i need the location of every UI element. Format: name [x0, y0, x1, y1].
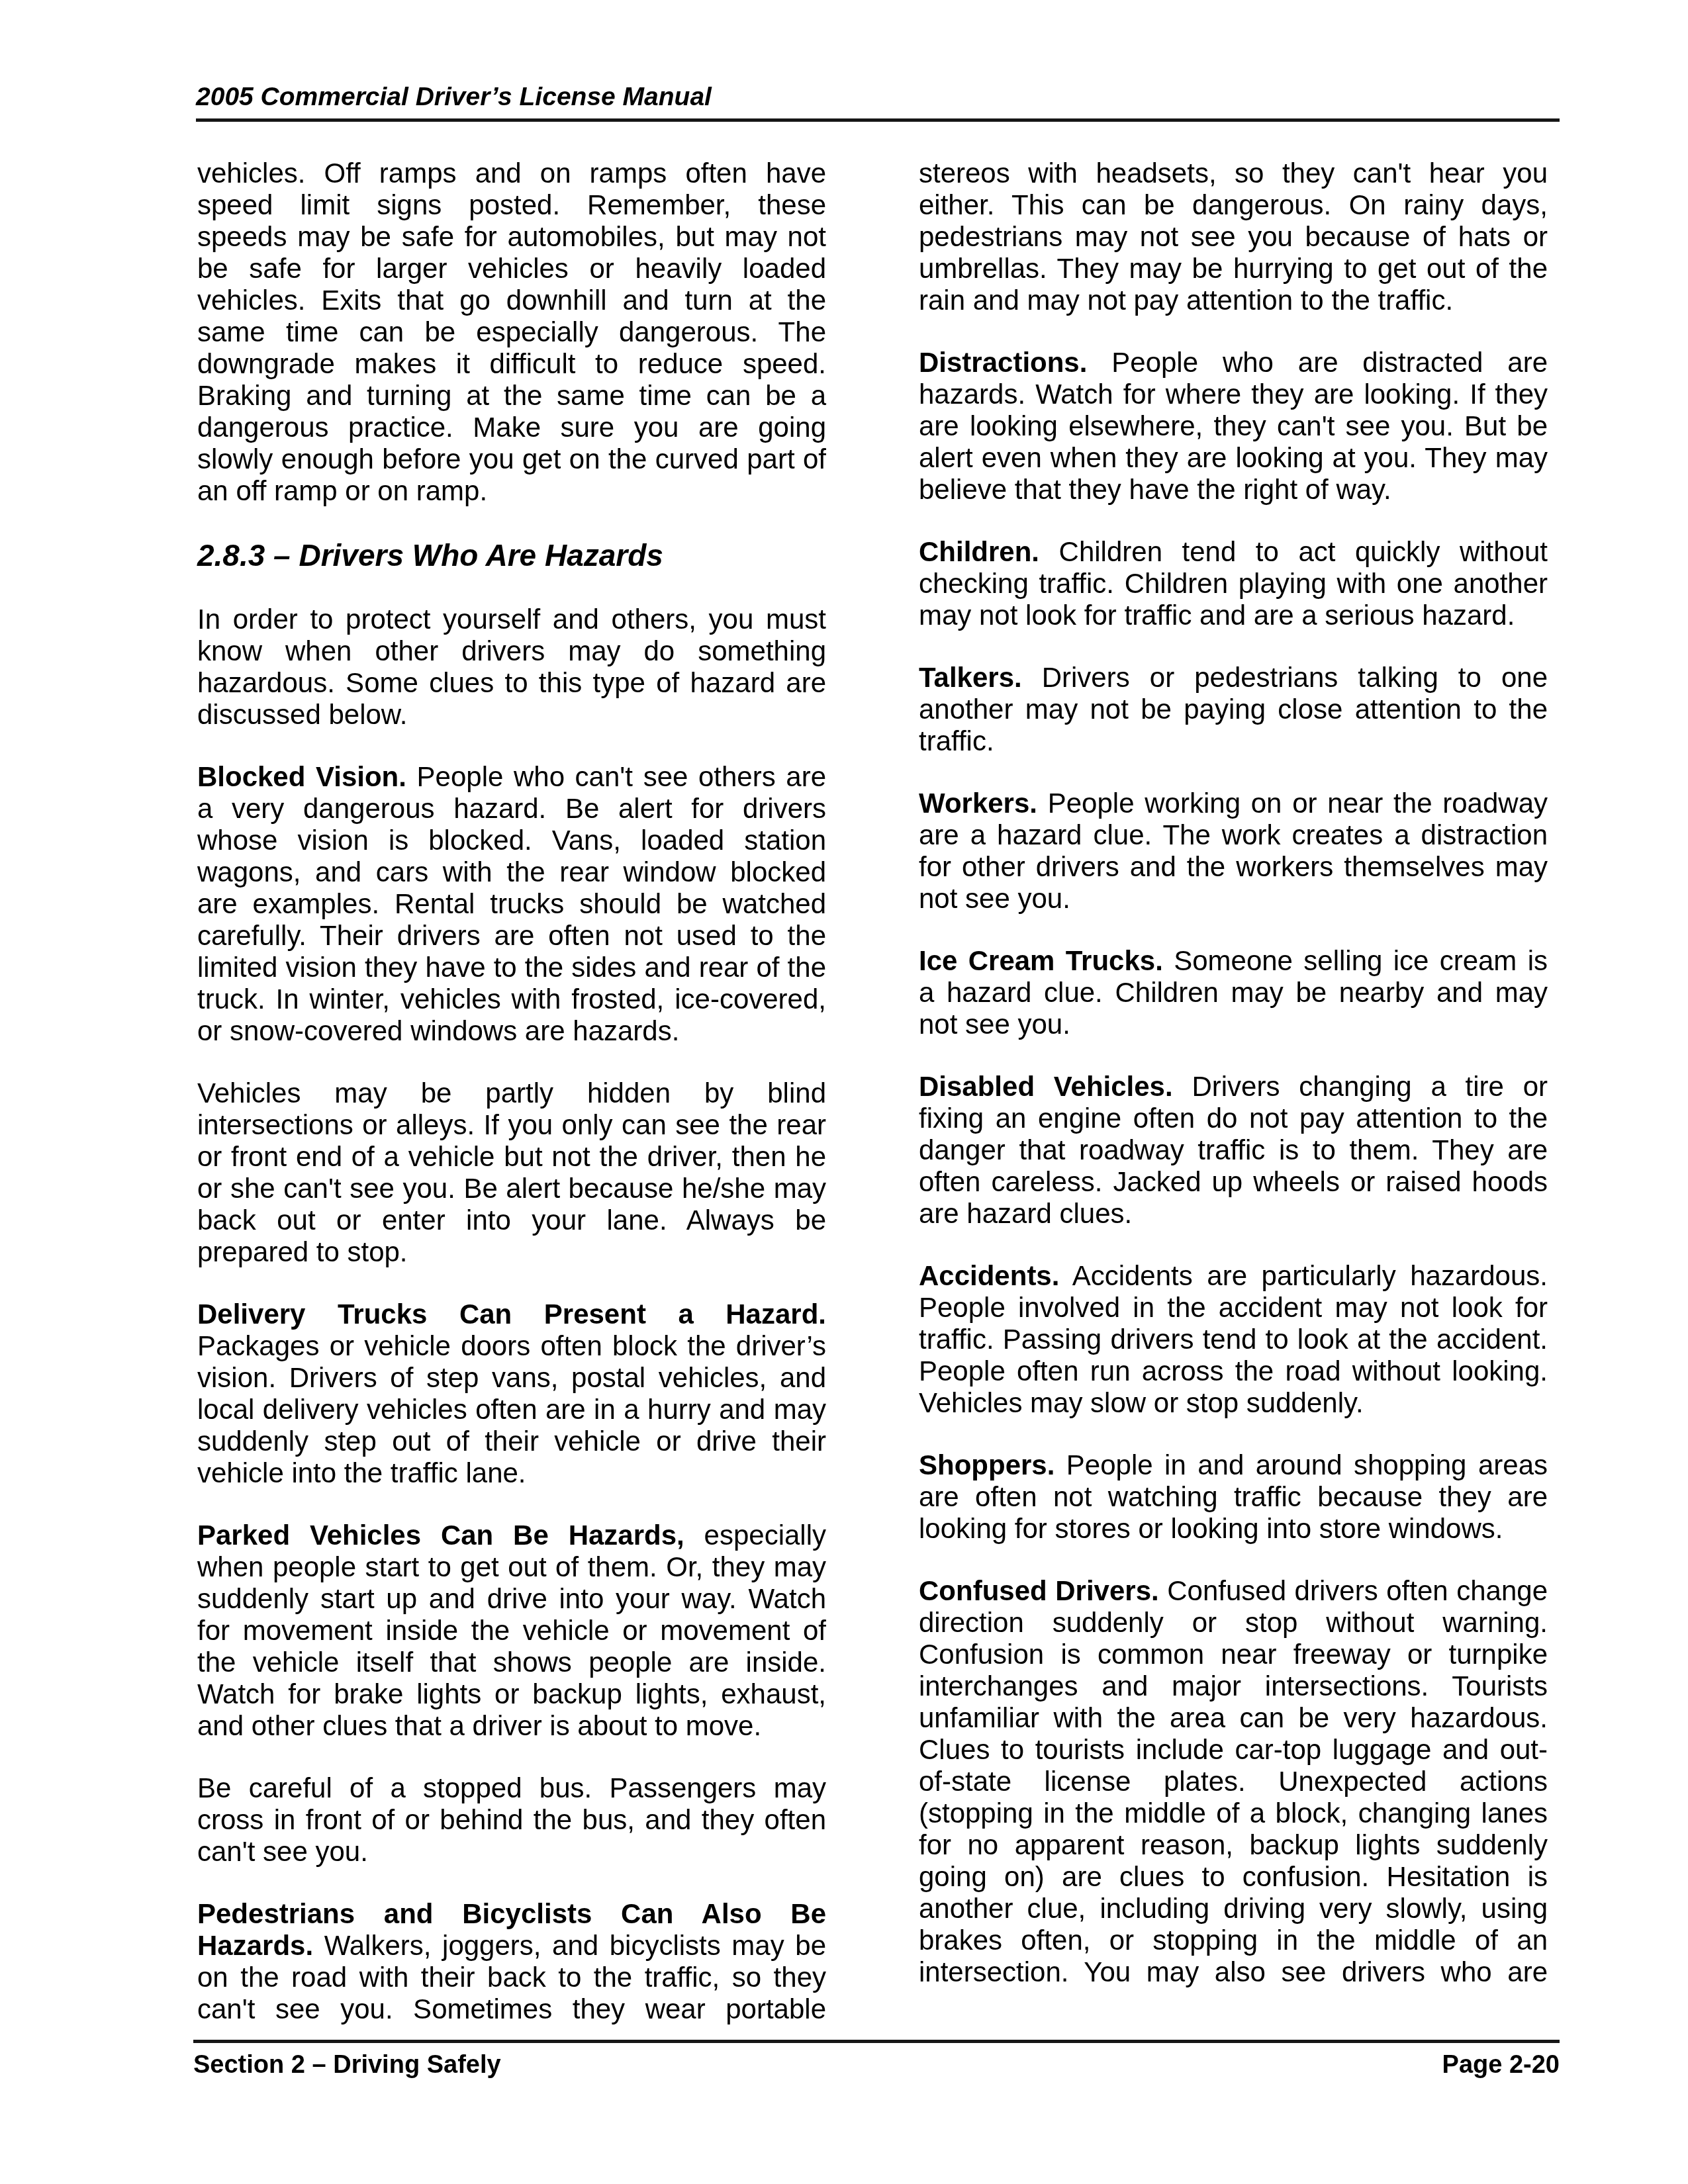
paragraph-text: Packages or vehicle doors often block th…	[197, 1330, 826, 1488]
paragraph-text: Vehicles may be partly hidden by blind i…	[197, 1077, 826, 1267]
paragraph-disabled-vehicles: Disabled Vehicles. Drivers changing a ti…	[919, 1071, 1548, 1230]
paragraph-stereos-continuation: stereos with headsets, so they can't hea…	[919, 158, 1548, 316]
page-footer: Section 2 – Driving Safely Page 2-20	[193, 2040, 1560, 2079]
paragraph-lead: Blocked Vision.	[197, 761, 406, 792]
paragraph-delivery-trucks: Delivery Trucks Can Present a Hazard. Pa…	[197, 1298, 826, 1489]
paragraph-text: especially when people start to get out …	[197, 1520, 826, 1741]
paragraph-text: Confused drivers often change direction …	[919, 1575, 1548, 1987]
paragraph-lead: Children.	[919, 536, 1039, 567]
paragraph-distractions: Distractions. People who are distracted …	[919, 347, 1548, 506]
header-divider	[196, 118, 1560, 122]
paragraph-lead: Accidents.	[919, 1260, 1059, 1291]
paragraph-intro: In order to protect yourself and others,…	[197, 604, 826, 731]
paragraph-lead: Distractions.	[919, 347, 1087, 378]
paragraph-text: stereos with headsets, so they can't hea…	[919, 158, 1548, 316]
paragraph-text: People who can't see others are a very d…	[197, 761, 826, 1046]
paragraph-workers: Workers. People working on or near the r…	[919, 788, 1548, 915]
document-title: 2005 Commercial Driver’s License Manual	[196, 82, 1560, 113]
paragraph-parked-vehicles: Parked Vehicles Can Be Hazards, especial…	[197, 1520, 826, 1742]
paragraph-off-ramps: vehicles. Off ramps and on ramps often h…	[197, 158, 826, 507]
paragraph-text: Be careful of a stopped bus. Passengers …	[197, 1772, 826, 1867]
paragraph-talkers: Talkers. Drivers or pedestrians talking …	[919, 662, 1548, 757]
paragraph-lead: Ice Cream Trucks.	[919, 945, 1163, 976]
paragraph-ice-cream-trucks: Ice Cream Trucks. Someone selling ice cr…	[919, 945, 1548, 1040]
paragraph-lead: Workers.	[919, 788, 1037, 819]
paragraph-accidents: Accidents. Accidents are particularly ha…	[919, 1260, 1548, 1419]
paragraph-stopped-bus: Be careful of a stopped bus. Passengers …	[197, 1772, 826, 1868]
paragraph-lead: Disabled Vehicles.	[919, 1071, 1173, 1102]
content: vehicles. Off ramps and on ramps often h…	[197, 158, 1548, 2056]
paragraph-text: vehicles. Off ramps and on ramps often h…	[197, 158, 826, 506]
paragraph-pedestrians-bicyclists: Pedestrians and Bicyclists Can Also Be H…	[197, 1898, 826, 2025]
paragraph-lead: Shoppers.	[919, 1449, 1055, 1480]
paragraph-blocked-vision: Blocked Vision. People who can't see oth…	[197, 761, 826, 1047]
footer-section-label: Section 2 – Driving Safely	[193, 2050, 501, 2079]
paragraph-lead: Parked Vehicles Can Be Hazards,	[197, 1520, 684, 1551]
paragraph-hidden-vehicles: Vehicles may be partly hidden by blind i…	[197, 1077, 826, 1268]
paragraph-text: In order to protect yourself and others,…	[197, 604, 826, 730]
footer-page-number: Page 2-20	[1442, 2050, 1560, 2079]
paragraph-lead: Confused Drivers.	[919, 1575, 1159, 1606]
footer-divider	[193, 2040, 1560, 2043]
page: 2005 Commercial Driver’s License Manual …	[0, 0, 1688, 2184]
page-header: 2005 Commercial Driver’s License Manual	[196, 82, 1560, 122]
left-column: vehicles. Off ramps and on ramps often h…	[197, 158, 826, 2056]
right-column: stereos with headsets, so they can't hea…	[919, 158, 1548, 2056]
paragraph-children: Children. Children tend to act quickly w…	[919, 536, 1548, 631]
paragraph-lead: Talkers.	[919, 662, 1022, 693]
footer-row: Section 2 – Driving Safely Page 2-20	[193, 2050, 1560, 2079]
paragraph-confused-drivers: Confused Drivers. Confused drivers often…	[919, 1575, 1548, 1988]
paragraph-shoppers: Shoppers. People in and around shopping …	[919, 1449, 1548, 1545]
section-heading: 2.8.3 – Drivers Who Are Hazards	[197, 537, 826, 573]
paragraph-lead: Delivery Trucks Can Present a Hazard.	[197, 1298, 826, 1330]
